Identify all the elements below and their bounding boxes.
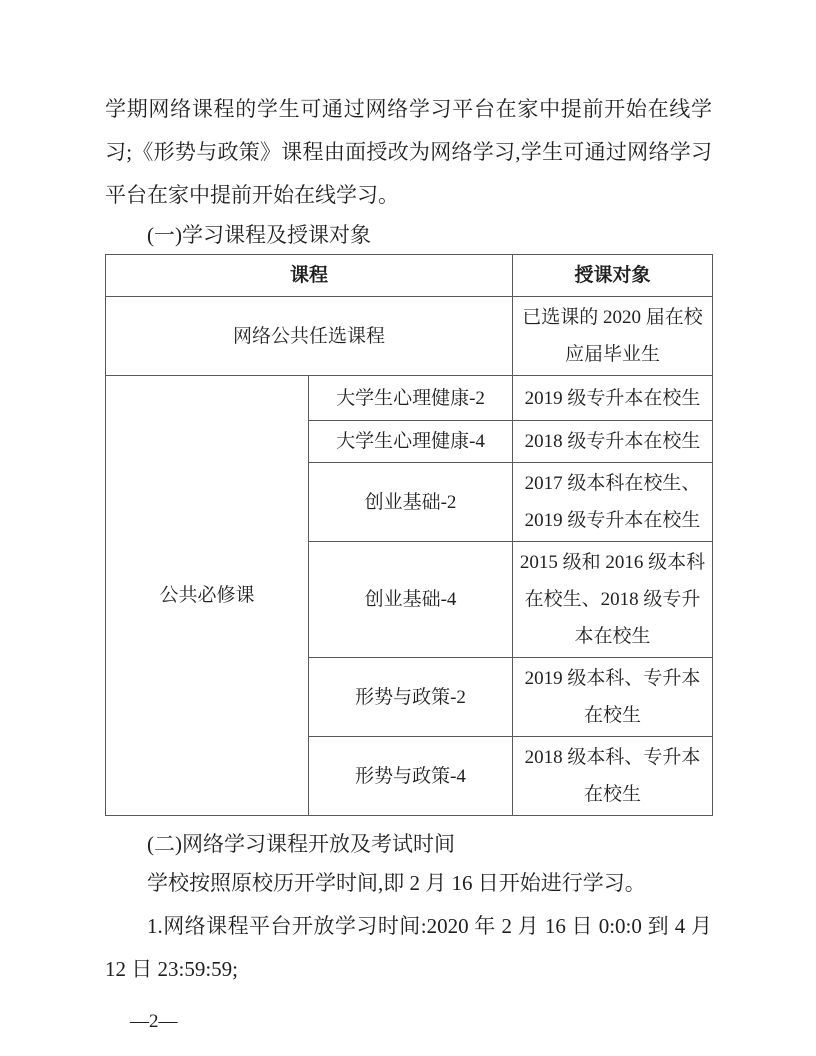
section-heading-2: (二)网络学习课程开放及考试时间 <box>105 826 712 862</box>
page-number: —2— <box>130 1009 712 1035</box>
paragraph-platform-time: 1.网络课程平台开放学习时间:2020 年 2 月 16 日 0:0:0 到 4… <box>105 905 712 991</box>
table-header-row: 课程 授课对象 <box>106 255 713 297</box>
paragraph-school-start: 学校按照原校历开学时间,即 2 月 16 日开始进行学习。 <box>105 862 712 905</box>
course-cell: 形势与政策-2 <box>309 658 513 737</box>
course-table: 课程 授课对象 网络公共任选课程 已选课的 2020 届在校应届毕业生 公共必修… <box>105 254 713 816</box>
course-cell: 创业基础-2 <box>309 463 513 542</box>
course-cell: 形势与政策-4 <box>309 737 513 816</box>
target-cell: 2019 级本科、专升本在校生 <box>513 658 713 737</box>
column-header-course: 课程 <box>106 255 513 297</box>
table-row: 公共必修课 大学生心理健康-2 2019 级专升本在校生 <box>106 376 713 421</box>
target-cell: 2018 级专升本在校生 <box>513 421 713 463</box>
course-group-cell: 公共必修课 <box>106 376 309 816</box>
document-page: 学期网络课程的学生可通过网络学习平台在家中提前开始在线学习;《形势与政策》课程由… <box>0 0 816 1056</box>
target-cell-elective: 已选课的 2020 届在校应届毕业生 <box>513 297 713 376</box>
paragraph-intro: 学期网络课程的学生可通过网络学习平台在家中提前开始在线学习;《形势与政策》课程由… <box>105 88 712 217</box>
course-cell-elective: 网络公共任选课程 <box>106 297 513 376</box>
target-cell: 2015 级和 2016 级本科在校生、2018 级专升本在校生 <box>513 542 713 658</box>
target-cell: 2019 级专升本在校生 <box>513 376 713 421</box>
target-cell: 2018 级本科、专升本在校生 <box>513 737 713 816</box>
course-cell: 大学生心理健康-4 <box>309 421 513 463</box>
course-cell: 创业基础-4 <box>309 542 513 658</box>
section-heading-1: (一)学习课程及授课对象 <box>105 217 712 253</box>
course-cell: 大学生心理健康-2 <box>309 376 513 421</box>
column-header-target: 授课对象 <box>513 255 713 297</box>
table-row: 网络公共任选课程 已选课的 2020 届在校应届毕业生 <box>106 297 713 376</box>
target-cell: 2017 级本科在校生、2019 级专升本在校生 <box>513 463 713 542</box>
